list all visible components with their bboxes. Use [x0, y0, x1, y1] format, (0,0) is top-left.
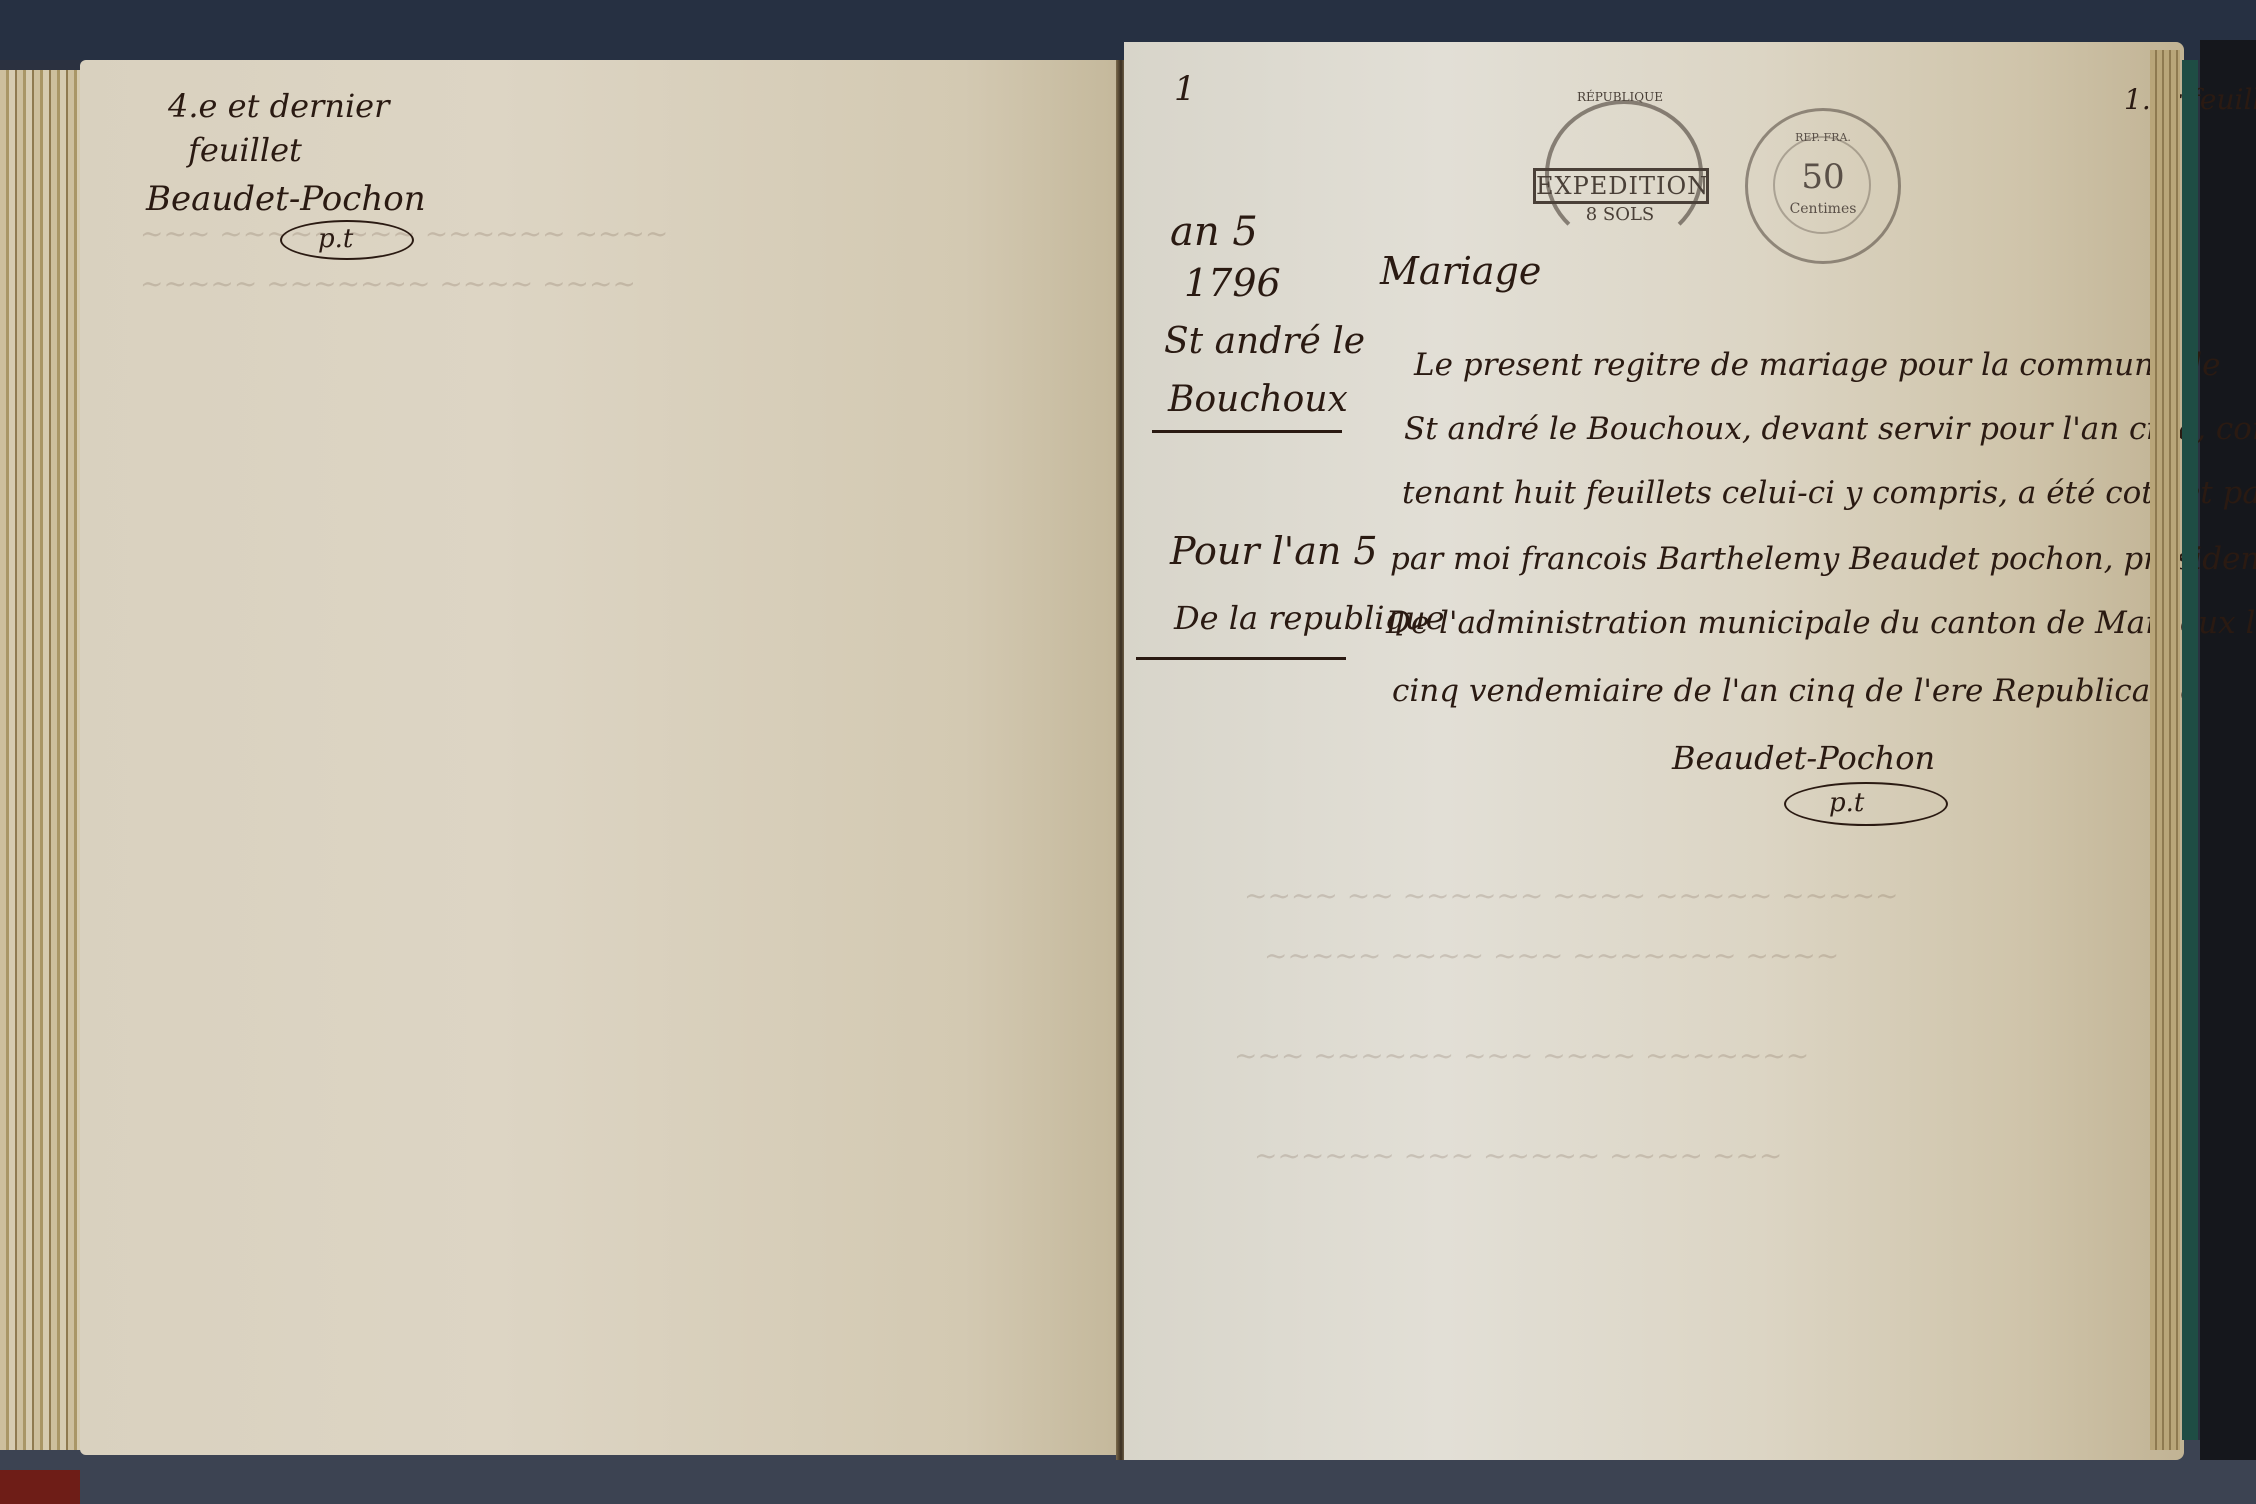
annotation-line-1: 4.e et dernier: [168, 90, 389, 122]
body-line-5: De l'administration municipale du canton…: [1386, 608, 2256, 639]
margin-period-line1: Pour l'an 5: [1170, 532, 1378, 570]
body-line-2: St andré le Bouchoux, devant servir pour…: [1404, 414, 2256, 445]
margin-year-republic: an 5: [1170, 212, 1258, 252]
green-bookmark-ribbon: [2182, 60, 2198, 1440]
margin-underline: [1152, 430, 1342, 433]
margin-commune-line1: St andré le: [1164, 324, 1365, 360]
body-line-6: cinq vendemiaire de l'an cinq de l'ere R…: [1392, 676, 2198, 707]
page-edges-left: [0, 70, 90, 1450]
margin-year: 1796: [1184, 264, 1281, 302]
body-line-4: par moi francois Barthelemy Beaudet poch…: [1390, 544, 2256, 575]
annotation-line-2: feuillet: [188, 134, 302, 166]
stamp-price: 8 SOLS: [1525, 204, 1715, 225]
bleed-through-text: ~~~ ~~~~~~ ~~~ ~~~~ ~~~~~~~: [1234, 1042, 1809, 1070]
margin-underline: [1136, 657, 1346, 660]
stamp-label: EXPEDITION: [1533, 168, 1709, 204]
left-signature: Beaudet-Pochon: [146, 182, 426, 216]
bleed-through-text: ~~~~ ~~ ~~~~~~ ~~~~ ~~~~~ ~~~~~: [1244, 882, 1899, 910]
stamp-ring-text: REP. FRA.: [1748, 131, 1898, 144]
page-edges-right: [2150, 50, 2180, 1450]
bleed-through-text: ~~~~~ ~~~~ ~~~ ~~~~~~~ ~~~~: [1264, 942, 1839, 970]
bleed-through-text: ~~~~~ ~~~~~~~ ~~~~ ~~~~: [140, 270, 636, 298]
paraph-flourish: [1784, 782, 1948, 826]
heading-mariage: Mariage: [1380, 252, 1541, 290]
open-register: ~~~ ~~~~~ ~~~ ~~~~~~ ~~~~ ~~~~~ ~~~~~~~ …: [0, 40, 2210, 1460]
right-signature-title: p.t: [1829, 790, 1864, 816]
centimes-stamp: REP. FRA. 50 Centimes: [1745, 108, 1901, 264]
stamp-top-word: RÉPUBLIQUE: [1525, 90, 1715, 104]
body-line-1: Le present regitre de mariage pour la co…: [1414, 350, 2220, 381]
stamp-unit: Centimes: [1748, 201, 1898, 217]
bleed-through-text: ~~~~~~ ~~~ ~~~~~ ~~~~ ~~~: [1254, 1142, 1782, 1170]
right-signature: Beaudet-Pochon: [1672, 742, 1935, 774]
stamp-value: 50: [1748, 157, 1898, 197]
margin-commune-line2: Bouchoux: [1168, 382, 1348, 418]
left-signature-title: p.t: [318, 226, 353, 252]
right-page: 1 1.er feuillet an 5 1796 St andré le Bo…: [1124, 42, 2184, 1460]
backdrop-red-cloth: [0, 1470, 80, 1504]
folio-number: 1: [1174, 72, 1196, 106]
expedition-stamp: RÉPUBLIQUE EXPEDITION 8 SOLS: [1525, 90, 1715, 250]
left-page: ~~~ ~~~~~ ~~~ ~~~~~~ ~~~~ ~~~~~ ~~~~~~~ …: [80, 60, 1120, 1455]
body-line-3: tenant huit feuillets celui-ci y compris…: [1402, 478, 2256, 509]
